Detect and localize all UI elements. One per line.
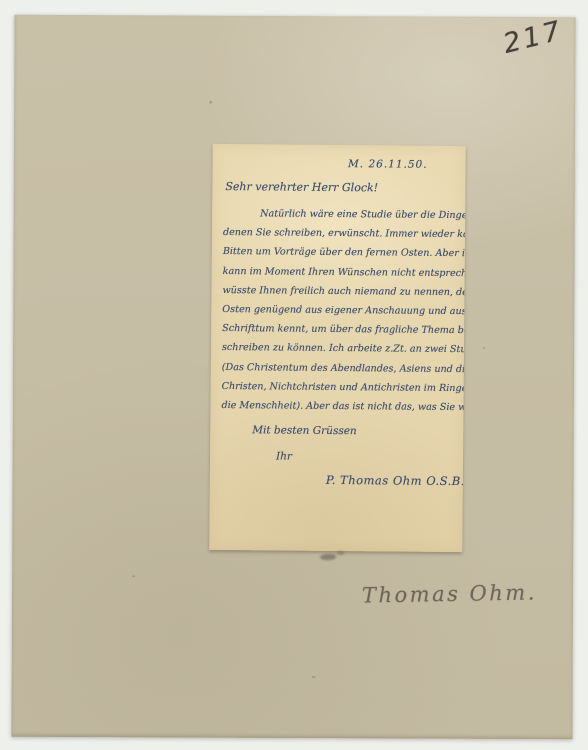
ink-smudge — [320, 554, 336, 560]
letter-date: M. 26.11.50. — [348, 158, 428, 171]
letter-closing: Mit besten Grüssen — [252, 424, 357, 437]
body-line: kann im Moment Ihren Wünschen nicht ents… — [223, 262, 459, 283]
letter-salutation: Sehr verehrter Herr Glock! — [225, 180, 378, 194]
paper-speck — [312, 676, 316, 678]
paper-speck — [209, 101, 212, 104]
letter-signature-intro: Ihr — [276, 450, 292, 462]
body-line: (Das Christentum des Abendlandes, Asiens… — [222, 357, 458, 378]
body-line: denen Sie schreiben, erwünscht. Immer wi… — [223, 223, 459, 244]
body-line: Natürlich wäre eine Studie über die Ding… — [223, 204, 459, 225]
paper-speck — [132, 575, 135, 577]
letter-signature: P. Thomas Ohm O.S.B. — [326, 473, 465, 488]
body-line: Osten genügend aus eigener Anschauung un… — [222, 300, 458, 321]
ink-smudge — [337, 551, 344, 555]
pencil-annotation: Thomas Ohm. — [362, 580, 537, 607]
letter-card: M. 26.11.50. Sehr verehrter Herr Glock! … — [209, 144, 466, 552]
body-line: Christen, Nichtchristen und Antichristen… — [222, 377, 458, 398]
body-line: Bitten um Vorträge über den fernen Osten… — [223, 242, 459, 263]
body-line: schreiben zu können. Ich arbeite z.Zt. a… — [222, 338, 458, 359]
letter-body: Natürlich wäre eine Studie über die Ding… — [221, 204, 459, 417]
body-line: wüsste Ihnen freilich auch niemand zu ne… — [222, 281, 458, 302]
body-line: Schrifttum kennt, um über das fragliche … — [222, 319, 458, 340]
paper-speck — [483, 347, 485, 349]
body-line: die Menschheit). Aber das ist nicht das,… — [221, 396, 457, 417]
